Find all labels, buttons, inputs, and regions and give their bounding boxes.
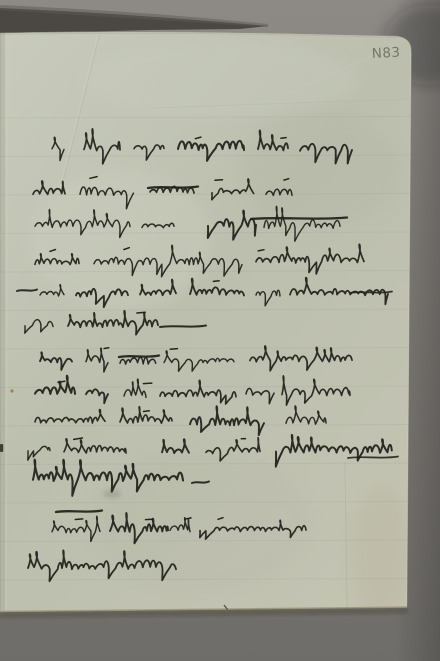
- edge-mark: [0, 444, 3, 452]
- strikethrough-mark: [251, 218, 347, 220]
- photo-of-manuscript: N83: [0, 0, 440, 661]
- em-dash-stroke: [160, 326, 206, 328]
- rust-speck: [10, 389, 13, 392]
- archival-number-annotation: N83: [371, 45, 401, 62]
- paper-left-edge: [0, 33, 5, 612]
- em-dash-stroke: [17, 290, 37, 292]
- pen-flourish: [348, 457, 398, 459]
- strikethrough-mark: [56, 511, 102, 513]
- pen-tick: [137, 312, 145, 313]
- manuscript-page: N83: [0, 32, 412, 625]
- pen-tick: [144, 411, 150, 412]
- pen-tick: [170, 349, 177, 350]
- photo-canvas: N83: [0, 0, 440, 661]
- pen-tick: [281, 138, 286, 139]
- pen-flourish: [350, 292, 392, 294]
- pen-tick: [213, 281, 219, 282]
- strikethrough-mark: [119, 356, 159, 358]
- pen-tick: [104, 348, 109, 349]
- pen-tick: [215, 180, 223, 181]
- pen-tick: [75, 519, 82, 520]
- pen-tick: [143, 383, 151, 384]
- em-dash-stroke: [192, 482, 209, 484]
- strikethrough-mark: [148, 187, 198, 189]
